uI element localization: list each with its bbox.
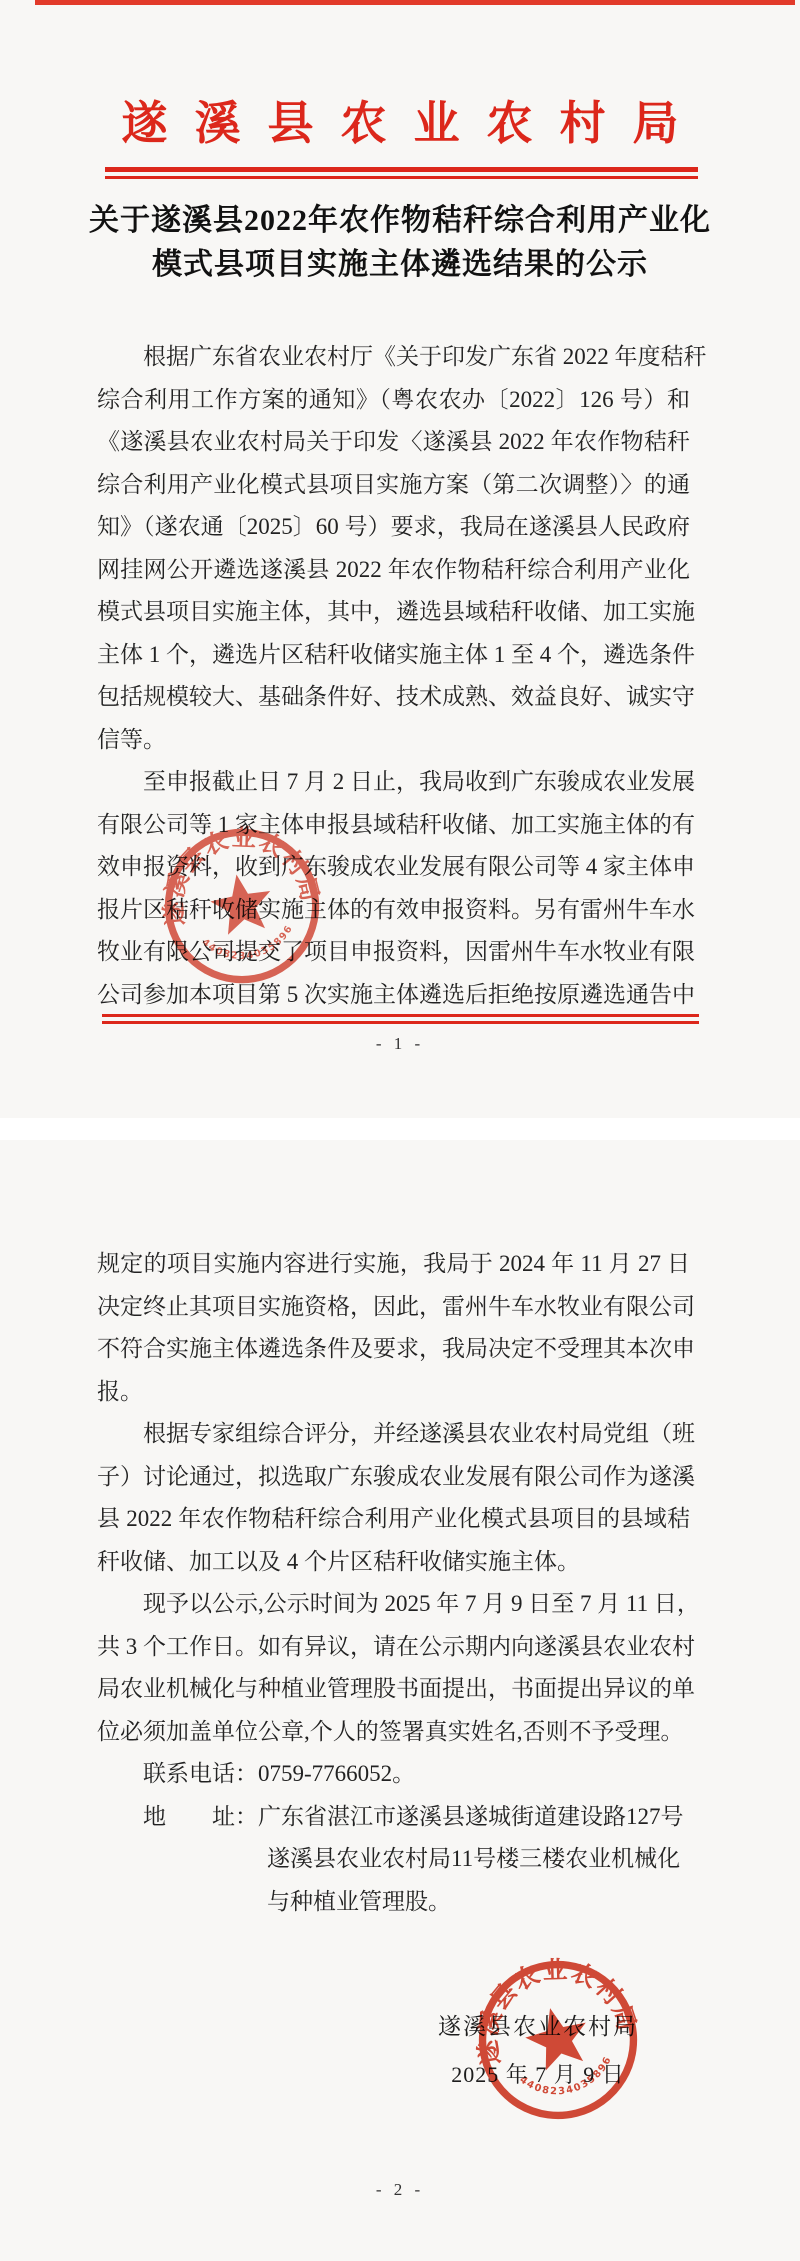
address-line: 与种植业管理股。: [97, 1881, 690, 1924]
body-line: 县 2022 年农作物秸秆综合利用产业化模式县项目的县域秸: [97, 1498, 690, 1541]
document-scan: 遂溪县农业农村局 关于遂溪县2022年农作物秸秆综合利用产业化 模式县项目实施主…: [0, 0, 800, 2261]
agency-header: 遂溪县农业农村局: [0, 94, 800, 154]
address-line: 遂溪县农业农村局11号楼三楼农业机械化: [97, 1838, 690, 1881]
body-line: 不符合实施主体遴选条件及要求，我局决定不受理其本次申: [97, 1328, 690, 1371]
body-line: 知》（遂农通〔2025〕60 号）要求，我局在遂溪县人民政府: [97, 506, 690, 549]
page-2: 规定的项目实施内容进行实施，我局于 2024 年 11 月 27 日 决定终止其…: [0, 1140, 800, 2261]
header-double-rule: [105, 167, 698, 179]
body-line: 网挂网公开遴选遂溪县 2022 年农作物秸秆综合利用产业化: [97, 549, 690, 592]
page2-body: 规定的项目实施内容进行实施，我局于 2024 年 11 月 27 日 决定终止其…: [97, 1243, 690, 1923]
page-separator: [0, 1118, 800, 1140]
contact-phone-line: 联系电话：0759-7766052。: [97, 1753, 690, 1796]
body-line: 信等。: [97, 719, 690, 762]
official-stamp: 遂溪县农业农村局 4408234035896: [149, 813, 334, 998]
body-line: 位必须加盖单位公章,个人的签署真实姓名,否则不予受理。: [97, 1711, 690, 1754]
body-line: 综合利用产业化模式县项目实施方案（第二次调整）〉的通: [97, 464, 690, 507]
page-number: - 2 -: [0, 2180, 800, 2200]
document-title-line1: 关于遂溪县2022年农作物秸秆综合利用产业化: [0, 199, 800, 243]
body-line: 秆收储、加工以及 4 个片区秸秆收储实施主体。: [97, 1541, 690, 1584]
body-line: 《遂溪县农业农村局关于印发〈遂溪县 2022 年农作物秸秆: [97, 421, 690, 464]
top-red-bar: [35, 0, 795, 5]
body-line: 综合利用工作方案的通知》（粤农农办〔2022〕126 号）和: [97, 379, 690, 422]
body-line: 局农业机械化与种植业管理股书面提出，书面提出异议的单: [97, 1668, 690, 1711]
body-line: 子）讨论通过，拟选取广东骏成农业发展有限公司作为遂溪: [97, 1456, 690, 1499]
page-number: - 1 -: [0, 1034, 800, 1054]
document-title-line2: 模式县项目实施主体遴选结果的公示: [0, 243, 800, 287]
body-line: 模式县项目实施主体，其中，遴选县域秸秆收储、加工实施: [97, 591, 690, 634]
body-line: 包括规模较大、基础条件好、技术成熟、效益良好、诚实守: [97, 676, 690, 719]
star-icon: [207, 869, 277, 937]
body-line: 至申报截止日 7 月 2 日止，我局收到广东骏成农业发展: [97, 761, 690, 804]
address-line: 地 址：广东省湛江市遂溪县遂城街道建设路127号: [97, 1796, 690, 1839]
page-1: 遂溪县农业农村局 关于遂溪县2022年农作物秸秆综合利用产业化 模式县项目实施主…: [0, 0, 800, 1118]
body-line: 共 3 个工作日。如有异议，请在公示期内向遂溪县农业农村: [97, 1626, 690, 1669]
body-line: 决定终止其项目实施资格，因此，雷州牛车水牧业有限公司: [97, 1286, 690, 1329]
footer-double-rule: [102, 1014, 699, 1024]
body-line: 规定的项目实施内容进行实施，我局于 2024 年 11 月 27 日: [97, 1243, 690, 1286]
document-title: 关于遂溪县2022年农作物秸秆综合利用产业化 模式县项目实施主体遴选结果的公示: [0, 199, 800, 287]
body-line: 报。: [97, 1371, 690, 1414]
star-icon: [520, 2001, 595, 2074]
body-line: 主体 1 个，遴选片区秸秆收储实施主体 1 至 4 个，遴选条件: [97, 634, 690, 677]
official-stamp: 遂溪县农业农村局 4408234035896: [459, 1941, 658, 2140]
body-line: 现予以公示,公示时间为 2025 年 7 月 9 日至 7 月 11 日，: [97, 1583, 690, 1626]
body-line: 根据广东省农业农村厅《关于印发广东省 2022 年度秸秆: [97, 336, 690, 379]
body-line: 根据专家组综合评分，并经遂溪县农业农村局党组（班: [97, 1413, 690, 1456]
